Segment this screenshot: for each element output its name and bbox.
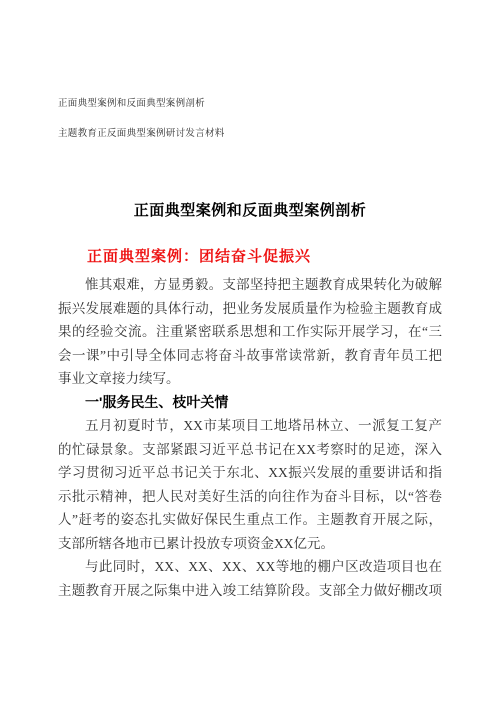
- body-line: 示批示精神，把人民对美好生活的向往作为奋斗目标，以“答卷: [58, 485, 442, 509]
- body-line: 会一课”中引导全体同志将奋斗故事常读常新，教育青年员工把: [58, 344, 442, 368]
- body-line: 事业文章接力续写。: [58, 367, 442, 391]
- body-line: 主题教育开展之际集中进入竣工结算阶段。支部全力做好棚改项: [58, 579, 442, 603]
- case-heading: 正面典型案例：团结奋斗促振兴: [58, 246, 442, 268]
- section-subheading: 一'服务民生、枝叶关情: [58, 391, 442, 415]
- document-page: 正面典型案例和反面典型案例剖析 主题教育正反面典型案例研讨发言材料 正面典型案例…: [0, 0, 500, 707]
- meta-line-2: 主题教育正反面典型案例研讨发言材料: [58, 127, 442, 140]
- body-line: 的忙碌景象。支部紧跟习近平总书记在XX考察时的足迹，深入: [58, 438, 442, 462]
- document-title: 正面典型案例和反面典型案例剖析: [58, 200, 442, 222]
- body-line: 五月初夏时节，XX市某项目工地塔吊林立、一派复工复产: [58, 414, 442, 438]
- body-line: 惟其艰难，方显勇毅。支部坚持把主题教育成果转化为破解: [58, 273, 442, 297]
- body-line: 学习贯彻习近平总书记关于东北、XX振兴发展的重要讲话和指: [58, 461, 442, 485]
- meta-line-1: 正面典型案例和反面典型案例剖析: [58, 97, 442, 110]
- body-line: 人”赶考的姿态扎实做好保民生重点工作。主题教育开展之际，: [58, 508, 442, 532]
- body-line: 支部所辖各地市已累计投放专项资金XX亿元。: [58, 532, 442, 556]
- body-line: 果的经验交流。注重紧密联系思想和工作实际开展学习，在“三: [58, 320, 442, 344]
- document-meta: 正面典型案例和反面典型案例剖析 主题教育正反面典型案例研讨发言材料: [58, 97, 442, 140]
- body-line: 振兴发展难题的具体行动，把业务发展质量作为检验主题教育成: [58, 297, 442, 321]
- body-line: 与此同时，XX、XX、XX、XX等地的棚户区改造项目也在: [58, 555, 442, 579]
- document-body: 惟其艰难，方显勇毅。支部坚持把主题教育成果转化为破解振兴发展难题的具体行动，把业…: [58, 273, 442, 602]
